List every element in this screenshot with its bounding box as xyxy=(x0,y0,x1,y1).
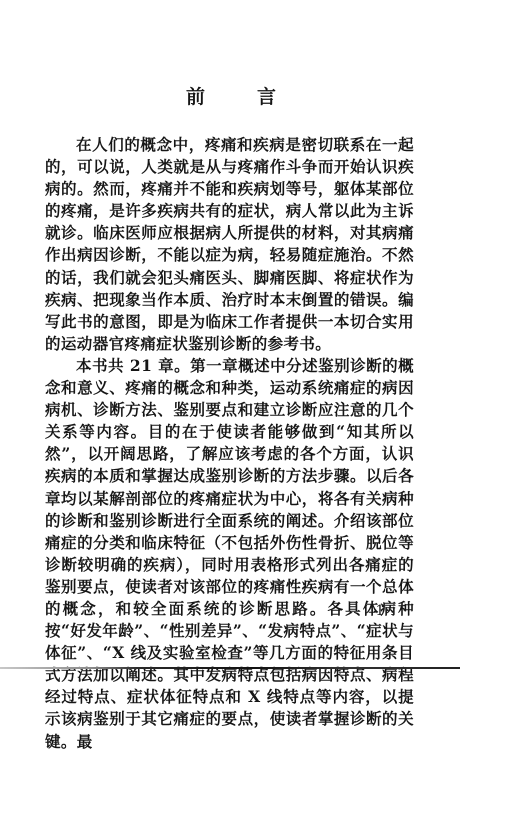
page-bottom-rule xyxy=(0,667,460,669)
page-title-char-1: 前 xyxy=(186,82,205,109)
page-title-char-2: 言 xyxy=(257,82,276,109)
page-number: ·1· xyxy=(370,603,391,619)
body-text: 在人们的概念中，疼痛和疾病是密切联系在一起的，可以说，人类就是从与疼痛作斗争而开… xyxy=(45,134,414,753)
page-title: 前 言 xyxy=(186,82,276,109)
paragraph-2: 本书共 21 章。第一章概述中分述鉴别诊断的概念和意义、疼痛的概念和种类，运动系… xyxy=(45,355,414,753)
paragraph-1: 在人们的概念中，疼痛和疾病是密切联系在一起的，可以说，人类就是从与疼痛作斗争而开… xyxy=(45,134,414,355)
